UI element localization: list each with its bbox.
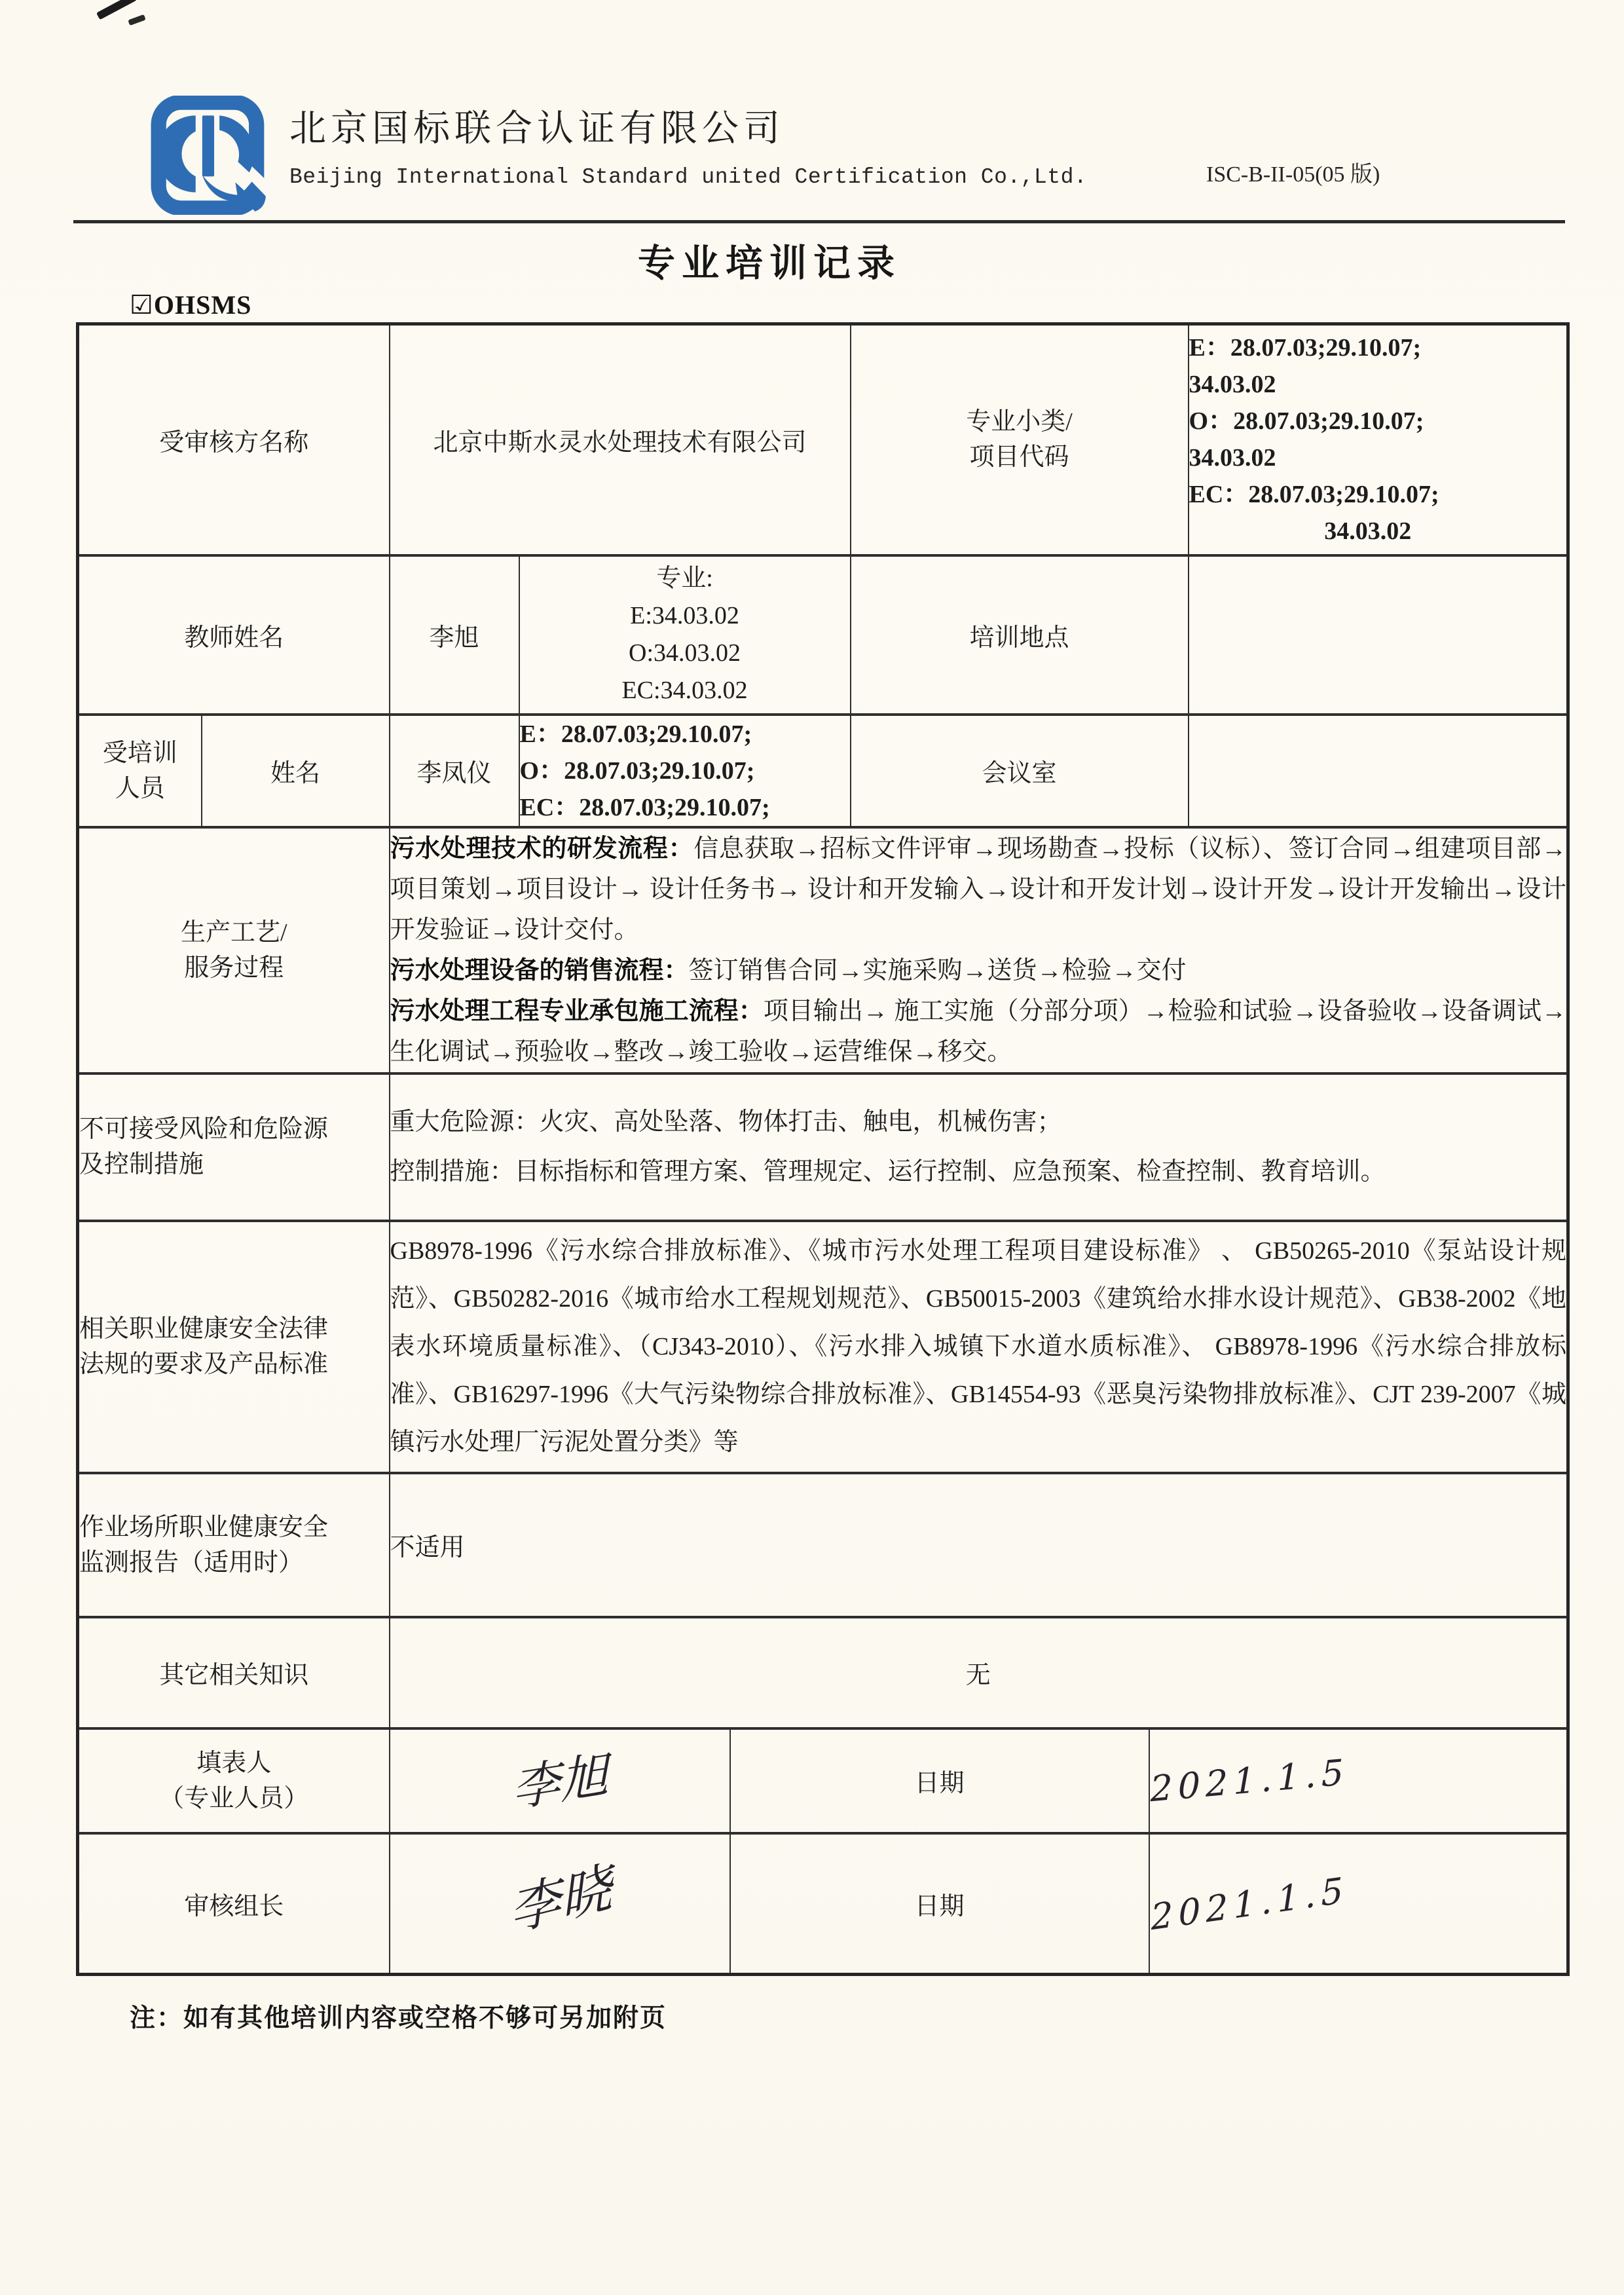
company-name-english: Beijing International Standard united Ce… bbox=[289, 165, 1087, 189]
document-code: ISC-B-II-05(05 版) bbox=[1206, 156, 1380, 188]
form-filler-label: 填表人 （专业人员） bbox=[78, 1728, 390, 1833]
training-location-label: 培训地点 bbox=[851, 555, 1189, 715]
process-content: 污水处理技术的研发流程：信息获取→招标文件评审→现场勘查→投标（议标）、签订合同… bbox=[390, 827, 1568, 1073]
regulations-label: 相关职业健康安全法律 法规的要求及产品标准 bbox=[78, 1221, 390, 1473]
date-value-2: 2021.1.5 bbox=[1149, 1833, 1568, 1975]
footnote: 注：如有其他培训内容或空格不够可另加附页 bbox=[130, 1998, 667, 2034]
trainee-spare-cell bbox=[1189, 715, 1568, 827]
risk-content: 重大危险源：火灾、高处坠落、物体打击、触电，机械伤害； 控制措施：目标指标和管理… bbox=[390, 1073, 1568, 1221]
auditee-name-value: 北京中斯水灵水处理技术有限公司 bbox=[390, 324, 851, 555]
teacher-name-label: 教师姓名 bbox=[78, 555, 390, 715]
training-record-table: 受审核方名称 北京中斯水灵水处理技术有限公司 专业小类/ 项目代码 E：28.0… bbox=[76, 322, 1570, 1976]
audit-leader-label: 审核组长 bbox=[78, 1833, 390, 1975]
workplace-report-label: 作业场所职业健康安全 监测报告（适用时） bbox=[78, 1473, 390, 1617]
process-label: 生产工艺/ 服务过程 bbox=[78, 827, 390, 1073]
teacher-major-cell: 专业: E:34.03.02 O:34.03.02 EC:34.03.02 bbox=[519, 555, 851, 715]
scanned-training-record-page: 北京国标联合认证有限公司 Beijing International Stand… bbox=[0, 0, 1624, 2295]
regulations-content: GB8978-1996《污水综合排放标准》、《城市污水处理工程项目建设标准》 、… bbox=[390, 1221, 1568, 1473]
company-name-chinese: 北京国标联合认证有限公司 bbox=[289, 100, 784, 152]
teacher-major-title: 专业: bbox=[520, 560, 850, 597]
header-divider-line bbox=[73, 220, 1565, 223]
certification-logo-icon bbox=[149, 96, 275, 215]
specialty-codes-value: E：28.07.03;29.10.07; 34.03.02 O：28.07.03… bbox=[1189, 324, 1568, 555]
specialty-code-label: 专业小类/ 项目代码 bbox=[851, 324, 1189, 555]
training-location-value bbox=[1189, 555, 1568, 715]
date-label-1: 日期 bbox=[730, 1728, 1149, 1833]
date-label-2: 日期 bbox=[730, 1833, 1149, 1975]
trainee-codes-value: E：28.07.03;29.10.07; O：28.07.03;29.10.07… bbox=[519, 715, 851, 827]
trainee-group-label: 受培训 人员 bbox=[78, 715, 202, 827]
form-filler-signature: 李旭 bbox=[390, 1728, 730, 1833]
trainee-name-value: 李凤仪 bbox=[390, 715, 519, 827]
ohsms-checkbox-icon: ☑ bbox=[130, 290, 154, 320]
meeting-room-value: 会议室 bbox=[851, 715, 1189, 827]
other-knowledge-value: 无 bbox=[390, 1617, 1568, 1728]
trainee-name-label: 姓名 bbox=[202, 715, 390, 827]
ohsms-checkbox-row: ☑OHSMS bbox=[130, 289, 251, 320]
auditee-name-label: 受审核方名称 bbox=[78, 324, 390, 555]
scan-artifact-mark bbox=[96, 0, 137, 20]
risk-label: 不可接受风险和危险源 及控制措施 bbox=[78, 1073, 390, 1221]
teacher-name-value: 李旭 bbox=[390, 555, 519, 715]
other-knowledge-label: 其它相关知识 bbox=[78, 1617, 390, 1728]
workplace-report-value: 不适用 bbox=[390, 1473, 1568, 1617]
date-value-1: 2021.1.5 bbox=[1149, 1728, 1568, 1833]
audit-leader-signature: 李晓 bbox=[390, 1833, 730, 1975]
scan-artifact-mark-small bbox=[128, 14, 146, 26]
ohsms-checkbox-label: OHSMS bbox=[154, 290, 251, 320]
page-title: 专业培训记录 bbox=[0, 233, 1539, 287]
